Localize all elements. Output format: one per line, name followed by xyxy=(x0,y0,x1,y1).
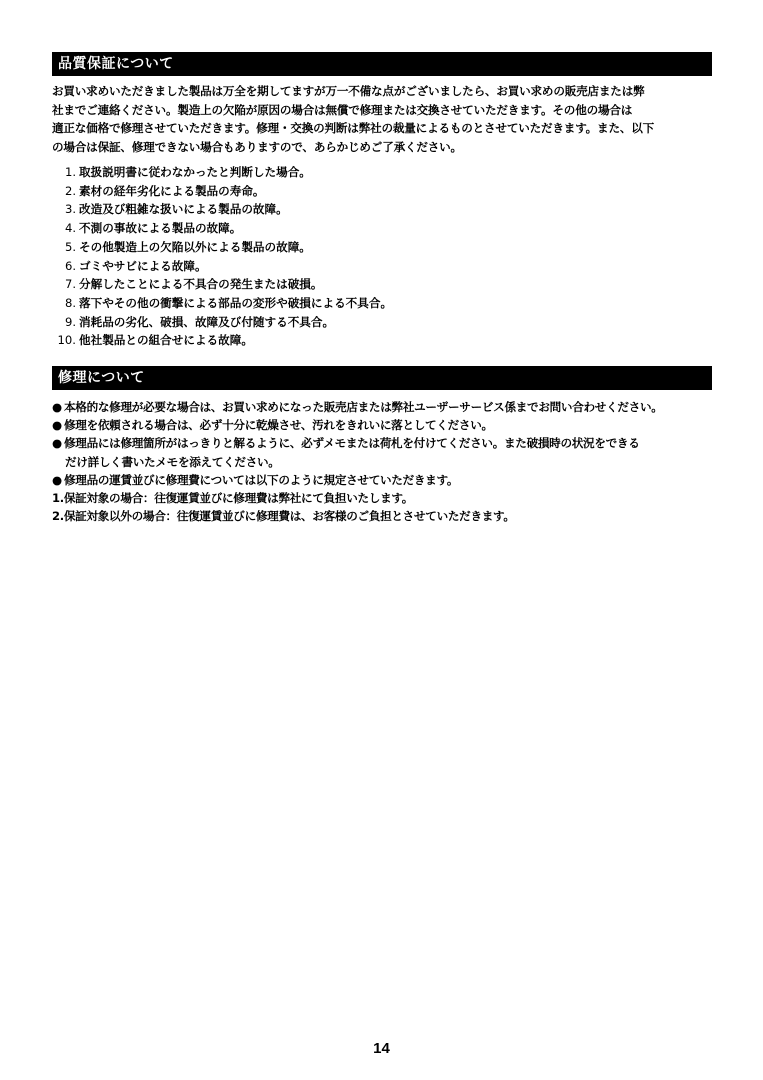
repair-cost-item: 2.保証対象以外の場合：往復運賃並びに修理費は、お客様のご負担とさせていただきま… xyxy=(52,507,722,525)
exclusion-item: 8.落下やその他の衝撃による部品の変形や破損による不具合。 xyxy=(52,294,714,313)
intro-line: 適正な価格で修理させていただきます。修理・交換の判断は弊社の裁量によるものとさせ… xyxy=(52,119,714,138)
bullet-icon: ● xyxy=(52,471,64,489)
exclusion-item: 5.その他製造上の欠陥以外による製品の故障。 xyxy=(52,238,714,257)
exclusion-item: 2.素材の経年劣化による製品の寿命。 xyxy=(52,182,714,201)
exclusion-item: 4.不測の事故による製品の故障。 xyxy=(52,219,714,238)
exclusion-item: 6.ゴミやサビによる故障。 xyxy=(52,257,714,276)
exclusion-item: 10.他社製品との組合せによる故障。 xyxy=(52,331,714,350)
bullet-icon: ● xyxy=(52,434,64,452)
repair-bullet-item: ●修理を依頼される場合は、必ず十分に乾燥させ、汚れをきれいに落としてください。 xyxy=(52,416,722,434)
repair-cost-item: 1.保証対象の場合：往復運賃並びに修理費は弊社にて負担いたします。 xyxy=(52,489,722,507)
repair-bullet-item: ●修理品には修理箇所がはっきりと解るように、必ずメモまたは荷札を付けてください。… xyxy=(52,434,722,452)
intro-line: お買い求めいただきました製品は万全を期してますが万一不備な点がございましたら、お… xyxy=(52,82,714,101)
repair-section-header: 修理について xyxy=(52,366,712,390)
intro-line: の場合は保証、修理できない場合もありますので、あらかじめご了承ください。 xyxy=(52,138,714,157)
repair-info-list: ●本格的な修理が必要な場合は、お買い求めになった販売店または弊社ユーザーサービス… xyxy=(52,398,722,525)
warranty-section-header: 品質保証について xyxy=(52,52,712,76)
bullet-icon: ● xyxy=(52,398,64,416)
intro-line: 社までご連絡ください。製造上の欠陥が原因の場合は無償で修理または交換させていただ… xyxy=(52,101,714,120)
warranty-exclusions-list: 1.取扱説明書に従わなかったと判断した場合。 2.素材の経年劣化による製品の寿命… xyxy=(52,163,714,350)
repair-bullet-item: ●修理品の運賃並びに修理費については以下のように規定させていただきます。 xyxy=(52,471,722,489)
page-number: 14 xyxy=(0,1040,763,1057)
exclusion-item: 7.分解したことによる不具合の発生または破損。 xyxy=(52,275,714,294)
warranty-intro-paragraph: お買い求めいただきました製品は万全を期してますが万一不備な点がございましたら、お… xyxy=(52,82,714,156)
repair-title: 修理について xyxy=(58,370,145,386)
warranty-title: 品質保証について xyxy=(58,56,174,72)
repair-continuation-line: だけ詳しく書いたメモを添えてください。 xyxy=(52,453,722,471)
repair-bullet-item: ●本格的な修理が必要な場合は、お買い求めになった販売店または弊社ユーザーサービス… xyxy=(52,398,722,416)
exclusion-item: 1.取扱説明書に従わなかったと判断した場合。 xyxy=(52,163,714,182)
exclusion-item: 3.改造及び粗雑な扱いによる製品の故障。 xyxy=(52,200,714,219)
exclusion-item: 9.消耗品の劣化、破損、故障及び付随する不具合。 xyxy=(52,313,714,332)
bullet-icon: ● xyxy=(52,416,64,434)
